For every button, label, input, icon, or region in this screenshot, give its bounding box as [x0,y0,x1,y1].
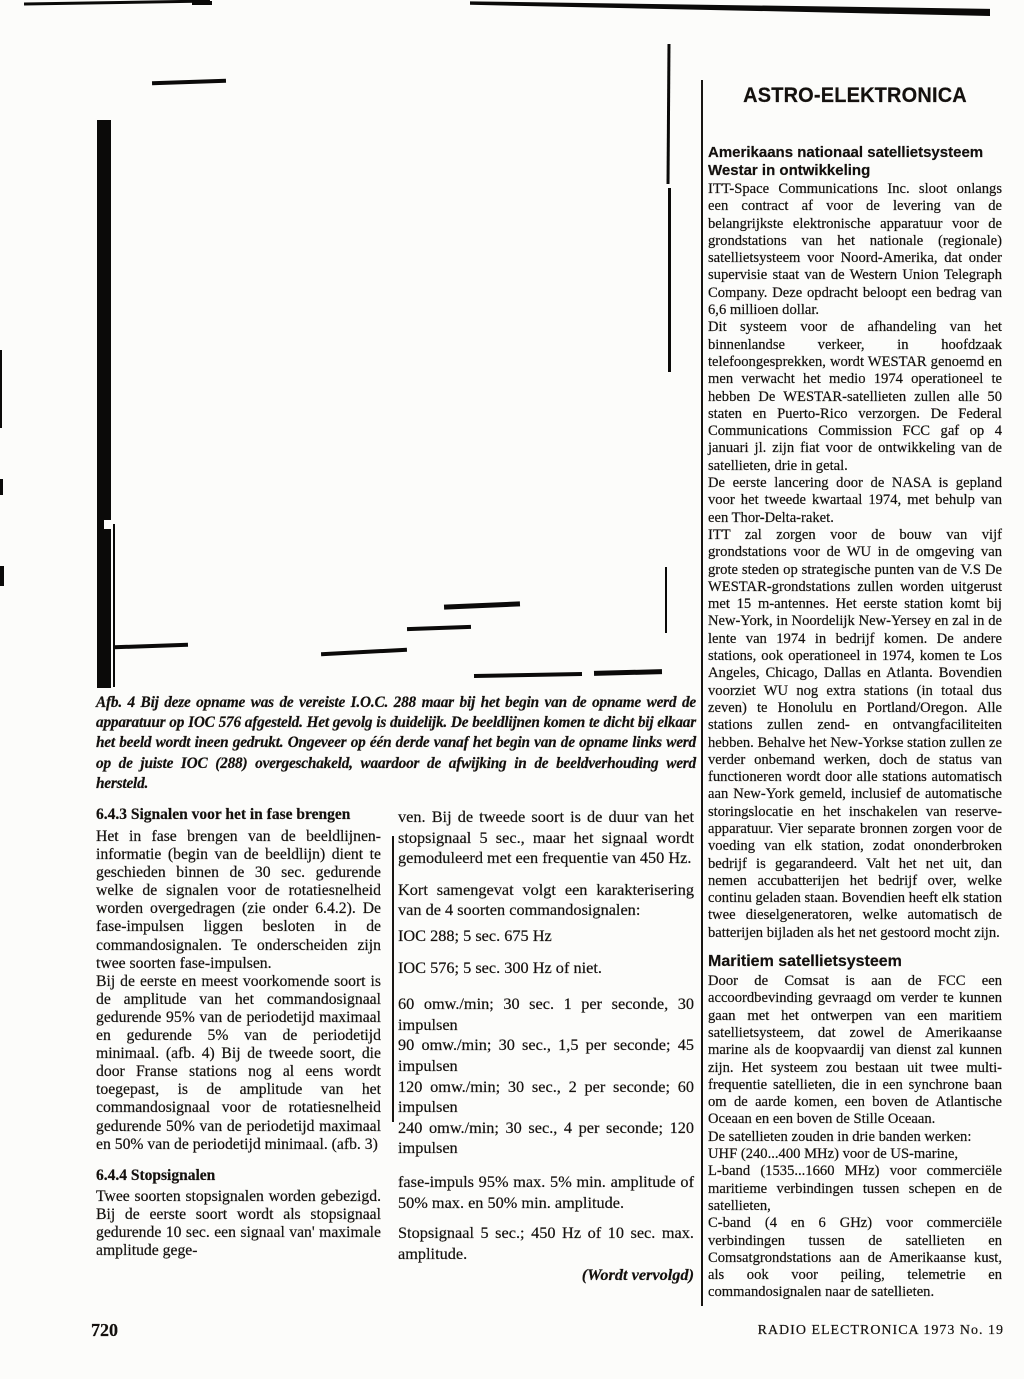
middle-column-summary-intro: Kort samengevat volgt een karakteriserin… [398,880,694,921]
left-column-paragraph-2: Bij de eerste en meest voorkomende soort… [96,973,381,1154]
figure-caption: Afb. 4 Bij deze opname was de vereiste I… [96,693,696,794]
photo-mark-top-line [24,0,210,5]
ioc-576-spec: IOC 576; 5 sec. 300 Hz of niet. [398,958,694,979]
magazine-footer: RADIO ELECTRONICA 1973 No. 19 [708,1323,1004,1339]
photo-mark-dash-6 [474,672,582,678]
article-paragraph: ITT zal zorgen voor de bouw van vijf gro… [708,527,1002,942]
article-paragraph: De satellieten zouden in drie banden wer… [708,1129,1002,1146]
photo-mark-bar-line [113,524,115,687]
article-paragraph: UHF (240...400 MHz) voor de US-marine, [708,1146,1002,1163]
column-rule-right [701,80,703,1306]
ioc-288-spec: IOC 288; 5 sec. 675 Hz [398,926,694,947]
section-heading-644: 6.4.4 Stopsignalen [96,1166,381,1186]
photo-mark-dash-1 [152,79,226,86]
photo-mark-bar-notch [104,520,112,529]
section-heading-643: 6.4.3 Signalen voor het in fase brengen [96,805,381,825]
subsection-title-maritiem: Maritiem satellietsysteem [708,952,1002,971]
magazine-section-header: ASTRO-ELEKTRONICA [715,84,994,108]
speed-spec-240: 240 omw./min; 30 sec., 4 per seconde; 12… [398,1118,694,1159]
middle-column-continued-paragraph: ven. Bij de tweede soort is de duur van … [398,807,694,869]
left-column-paragraph-1: Het in fase brengen van de beeldlijnen-i… [96,828,381,973]
article-paragraph: De eerste lancering door de NASA is gepl… [708,475,1002,527]
photo-mark-right-edge-3 [665,567,667,633]
stopsignaal-spec: Stopsignaal 5 sec.; 450 Hz of 10 sec. ma… [398,1223,694,1264]
article-title: Amerikaans nationaal satellietsysteem We… [708,144,1002,179]
magazine-page: Afb. 4 Bij deze opname was de vereiste I… [0,0,1024,1379]
page-edge-mark-1 [0,350,2,428]
speed-spec-90: 90 omw./min; 30 sec., 1,5 per seconde; 4… [398,1035,694,1076]
page-number: 720 [91,1320,118,1341]
weather-fax-photo [0,0,712,700]
photo-mark-right-edge-2 [668,188,671,372]
fase-impuls-spec: fase-impuls 95% max. 5% min. amplitude o… [398,1172,694,1213]
article-paragraph: Door de Comsat is aan de FCC een accoord… [708,973,1002,1129]
photo-mark-dash-3 [321,648,407,656]
photo-mark-dash-5 [444,601,520,609]
photo-mark-dash-7 [594,669,662,676]
speed-spec-120: 120 omw./min; 30 sec., 2 per seconde; 60… [398,1077,694,1118]
page-edge-mark-3 [0,566,4,586]
left-column: 6.4.3 Signalen voor het in fase brengen … [96,805,381,1260]
middle-column: ven. Bij de tweede soort is de duur van … [398,807,694,1286]
column-rule-left [392,836,394,1122]
article-paragraph: Dit systeem voor de afhandeling van het … [708,319,1002,475]
photo-mark-dash-2 [114,643,188,650]
left-column-paragraph-3: Twee soorten stopsignalen worden gebezig… [96,1188,381,1260]
photo-mark-top-line2 [192,1,212,5]
photo-mark-dash-4 [407,625,471,631]
photo-mark-top-wedge [470,0,990,17]
article-title-line-2: Westar in ontwikkeling [708,162,1002,180]
photo-mark-main-bar [97,120,111,688]
right-column: ASTRO-ELEKTRONICA Amerikaans nationaal s… [708,84,1002,1302]
continuation-notice: (Wordt vervolgd) [398,1265,694,1286]
page-edge-mark-2 [0,479,3,495]
article-title-line-1: Amerikaans nationaal satellietsysteem [708,144,1002,162]
article-paragraph: C-band (4 en 6 GHz) voor commerciële ver… [708,1215,1002,1301]
photo-mark-right-edge-1 [667,44,671,184]
speed-spec-60: 60 omw./min; 30 sec. 1 per seconde, 30 i… [398,994,694,1035]
article-paragraph: L-band (1535...1660 MHz) voor commerciël… [708,1163,1002,1215]
article-paragraph: ITT-Space Communications Inc. sloot onla… [708,181,1002,319]
